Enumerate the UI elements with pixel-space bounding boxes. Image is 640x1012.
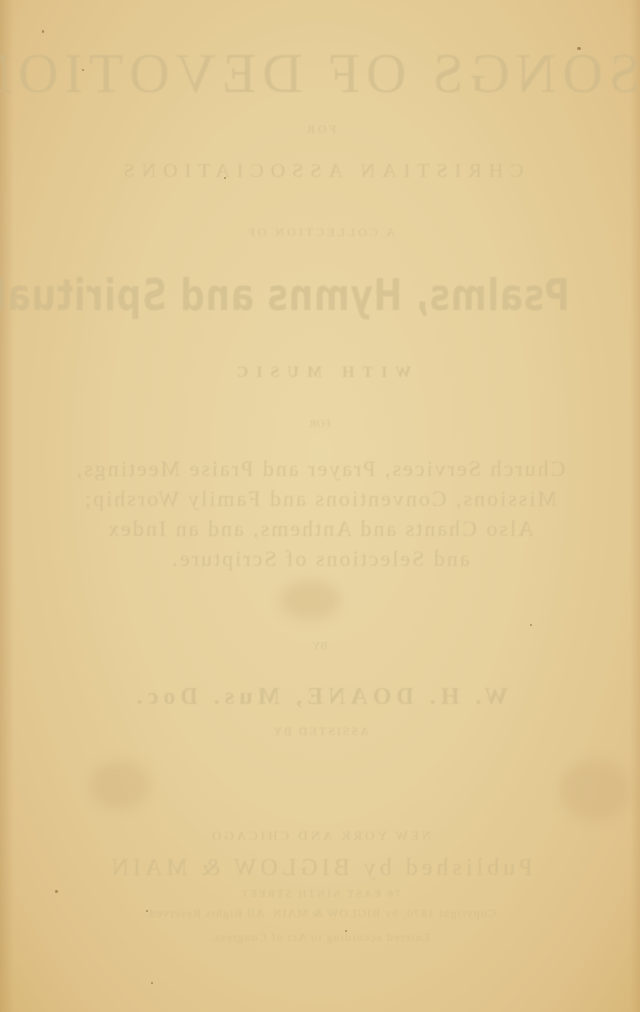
show-through-address: 76 EAST NINTH STREET bbox=[0, 888, 640, 900]
show-through-copyright: Copyright 1870, by BIGLOW & MAIN. All Ri… bbox=[0, 906, 640, 921]
show-through-description-line: Missions, Conventions and Family Worship… bbox=[0, 486, 640, 512]
show-through-author: W. H. DOANE, Mus. Doc. bbox=[0, 684, 640, 711]
show-through-description-line: Also Chants and Anthems, and an Index bbox=[0, 516, 640, 542]
paper-stain bbox=[90, 760, 150, 810]
paper-speck bbox=[530, 624, 532, 626]
show-through-with-music: WITH MUSIC bbox=[0, 364, 640, 382]
show-through-author-note: ASSISTED BY bbox=[0, 724, 640, 739]
show-through-conjunction: FOR bbox=[0, 122, 640, 137]
show-through-collection-title: Psalms, Hymns and Spiritual Songs bbox=[70, 270, 569, 321]
show-through-description-line: and Selections of Scripture. bbox=[0, 546, 640, 572]
paper-speck bbox=[55, 890, 58, 893]
show-through-divider-text: A COLLECTION OF bbox=[0, 225, 640, 240]
paper-speck bbox=[577, 47, 581, 50]
show-through-small-note: FOR bbox=[0, 418, 640, 430]
paper-speck bbox=[345, 930, 347, 932]
paper-stain bbox=[560, 760, 630, 820]
show-through-copyright: Entered according to Act of Congress. bbox=[0, 930, 640, 945]
paper-speck bbox=[42, 30, 44, 33]
paper-speck bbox=[82, 69, 84, 71]
show-through-city: NEW YORK AND CHICAGO bbox=[0, 828, 640, 844]
paper-stain bbox=[280, 580, 340, 620]
show-through-description-line: Church Services, Prayer and Praise Meeti… bbox=[0, 456, 640, 482]
show-through-subtitle: CHRISTIAN ASSOCIATIONS bbox=[0, 160, 640, 183]
paper-speck bbox=[224, 177, 226, 179]
show-through-by-line: BY bbox=[0, 640, 640, 652]
show-through-main-title: SONGS OF DEVOTION bbox=[0, 42, 640, 106]
paper-speck bbox=[146, 910, 148, 912]
book-page: SONGS OF DEVOTION FOR CHRISTIAN ASSOCIAT… bbox=[0, 0, 640, 1012]
paper-speck bbox=[151, 982, 153, 984]
show-through-publisher: Published by BIGLOW & MAIN bbox=[0, 855, 640, 882]
